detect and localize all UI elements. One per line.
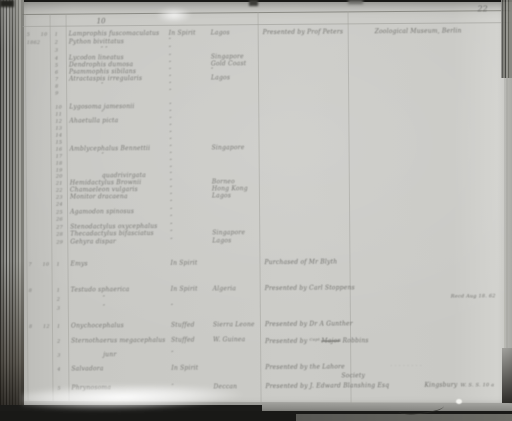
entry-pres: Stuffed: [171, 338, 195, 344]
entry-loc: Lagos: [211, 30, 230, 36]
entry-dm: 8: [29, 324, 32, 330]
entry-no: 11: [55, 112, 62, 118]
entry-no: 28: [56, 232, 63, 238]
entry-loc: Lagos: [212, 238, 231, 244]
presenter-rule-line: [258, 12, 262, 404]
margin-rule-line: [25, 14, 29, 406]
entry-name: Thecadactylus bifasciatus: [70, 231, 154, 238]
entry-no: 27: [56, 225, 63, 231]
entry-no: 4: [55, 56, 58, 62]
entry-name: Monitor dracaena: [70, 194, 128, 200]
entry-ni: ″: [102, 153, 105, 159]
entry-no: 3: [57, 306, 60, 312]
entry-pres: ″: [171, 352, 174, 358]
entry-no: 6: [55, 70, 58, 76]
entry-no: 9: [55, 91, 58, 97]
entry-name: Gehyra dispar: [70, 239, 116, 245]
entry-pres: ″: [171, 305, 174, 311]
book-page-edges-left: [0, 0, 24, 421]
entry-dd: 10: [41, 32, 48, 38]
entry-no: 24: [56, 202, 63, 208]
photo-of-ledger: 10 22 5101Lamprophis fuscomaculatusIn Sp…: [0, 0, 512, 421]
entry-loc: Singapore: [212, 230, 245, 236]
entry-ni: ″: [103, 296, 106, 302]
entry-presenter: Purchased of Mr Blyth: [264, 260, 337, 267]
entry-no: 21: [56, 181, 63, 187]
entry-loc: Gold Coast: [211, 61, 246, 67]
entry-loc: W. Guinea: [213, 337, 245, 343]
entry-no: 29: [56, 240, 63, 246]
entry-dm: 5: [27, 32, 30, 38]
top-edge-smudge: [348, 0, 363, 4]
entry-pres: In Spirit: [171, 366, 198, 372]
entry-presenter: Presented by the Lahore: [265, 364, 345, 371]
entry-pres: In Spirit: [171, 287, 198, 293]
book-page-edges-right: [501, 0, 512, 78]
entry-no: 20: [56, 174, 63, 180]
entry-no: 8: [55, 84, 58, 90]
underlying-page-corner: [296, 414, 512, 421]
entry-no: 23: [56, 195, 63, 201]
entry-no: 1: [55, 32, 58, 38]
entry-name: Atractaspis irregularis: [69, 76, 142, 83]
remarks-rule-line: [348, 11, 352, 403]
entry-no: 2: [57, 297, 60, 303]
entry-presenter: Presented by Carl Stoppens: [265, 285, 355, 292]
top-edge-notch: [249, 0, 258, 6]
entry-no: 1: [57, 324, 60, 330]
entry-ni: ″ ″: [101, 47, 108, 53]
entry-name: Amblycephalus Bennettii: [70, 146, 151, 153]
entry-name: Agamodon spinosus: [70, 209, 134, 216]
entry-presenter: Presented by Dr A Gunther: [265, 321, 353, 328]
entry-presenter: Presented by Capt.Major Robbins: [265, 336, 369, 345]
top-left-shadow: [0, 0, 14, 7]
ledger-page-content: 10 22 5101Lamprophis fuscomaculatusIn Sp…: [22, 0, 512, 408]
white-speck: [456, 399, 462, 404]
entry-no: 10: [55, 105, 62, 111]
entry-loc: Sierra Leone: [213, 322, 255, 328]
entry-no: 13: [55, 126, 62, 132]
entry-ni: ″: [103, 305, 106, 311]
entry-faint: · · · · · · · ·: [390, 364, 422, 370]
entry-presenter: Presented by Prof Peters: [263, 29, 344, 36]
entry-note: Recd Aug 18. 62: [451, 293, 496, 299]
entry-no: 22: [56, 188, 63, 194]
entry-loc: Lagos: [211, 75, 230, 81]
folio-header-numeral: 10: [97, 17, 106, 25]
entry-pres: Stuffed: [171, 323, 195, 329]
entry-loc: Algeria: [213, 286, 236, 292]
entry-loc: Lagos: [212, 193, 231, 199]
ledger-rows: 5101Lamprophis fuscomaculatusIn SpiritLa…: [22, 0, 510, 4]
page-number: 22: [477, 4, 487, 13]
entry-pres: ″: [170, 201, 173, 207]
top-rule-line: [23, 10, 511, 15]
entry-no: 12: [55, 119, 62, 125]
entry-no: 14: [55, 133, 62, 139]
entry-pres: ″: [170, 239, 173, 245]
entry-no: 26: [56, 217, 63, 223]
entry-name: Testudo sphaerica: [71, 287, 130, 293]
camera-glare-bottom: [22, 382, 244, 413]
entry-name: Onychocephalus: [71, 323, 124, 329]
entry-pres: In Spirit: [170, 261, 197, 267]
entry-no: 4: [57, 367, 60, 373]
entry-pres: ″: [169, 47, 172, 53]
right-edge-shadow: [502, 348, 512, 410]
date-rule-line: [50, 14, 54, 406]
book-page-edges-right-faint: [504, 78, 512, 348]
entry-no: 18: [56, 161, 63, 167]
entry-pres: ″: [169, 39, 172, 45]
entry-pres: ″: [169, 90, 172, 96]
entry-no: 3: [57, 353, 60, 359]
entry-pres: ″: [170, 231, 173, 237]
entry-pres: ″: [170, 216, 173, 222]
entry-rem: Zoological Museum, Berlin: [375, 29, 462, 36]
entry-name: Salvadora: [71, 366, 103, 372]
entry-pres: In Spirit: [169, 31, 196, 37]
entry-name: Sternothaerus megacephalus: [71, 338, 165, 345]
entry-dd: 10: [42, 262, 49, 268]
entry-ni: ″: [101, 83, 104, 89]
entry-no: 7: [55, 77, 58, 83]
entry-ni: junr: [103, 352, 116, 358]
entry-loc: Singapore: [212, 145, 245, 151]
entry-name: Ahaetulla picta: [69, 118, 118, 124]
entry-no: 1: [56, 262, 59, 268]
entry-no: 17: [56, 154, 63, 160]
entry-no: 15: [56, 140, 63, 146]
entry-dm: 7: [28, 262, 31, 268]
entry-name: Python bivittatus: [69, 39, 124, 45]
entry-extra: Kingsbury: [424, 383, 457, 389]
entry-pres2: Society: [341, 373, 365, 379]
entry-name: Emys: [70, 261, 87, 267]
entry-presenter: Presented by J. Edward Blanshing Esq: [265, 383, 389, 390]
inserted-word: Capt.: [309, 337, 321, 342]
entry-no: 2: [57, 339, 60, 345]
struck-word: Major: [321, 337, 340, 344]
entry-no: 1: [57, 288, 60, 294]
entry-name: Lamprophis fuscomaculatus: [69, 31, 160, 38]
entry-no: 3: [55, 48, 58, 54]
entry-no: 25: [56, 210, 63, 216]
entry-no: 5: [55, 63, 58, 69]
entry-no: 2: [55, 40, 58, 46]
entry-dd: 12: [43, 324, 50, 330]
entry-dm: 8: [29, 288, 32, 294]
entry-no: 16: [56, 147, 63, 153]
ledger-page: 10 22 5101Lamprophis fuscomaculatusIn Sp…: [24, 2, 512, 406]
camera-glare-top: [148, 4, 200, 26]
entry-note2: W. S. S. 10 a: [460, 382, 494, 388]
entry-dm: 1862: [27, 40, 41, 46]
